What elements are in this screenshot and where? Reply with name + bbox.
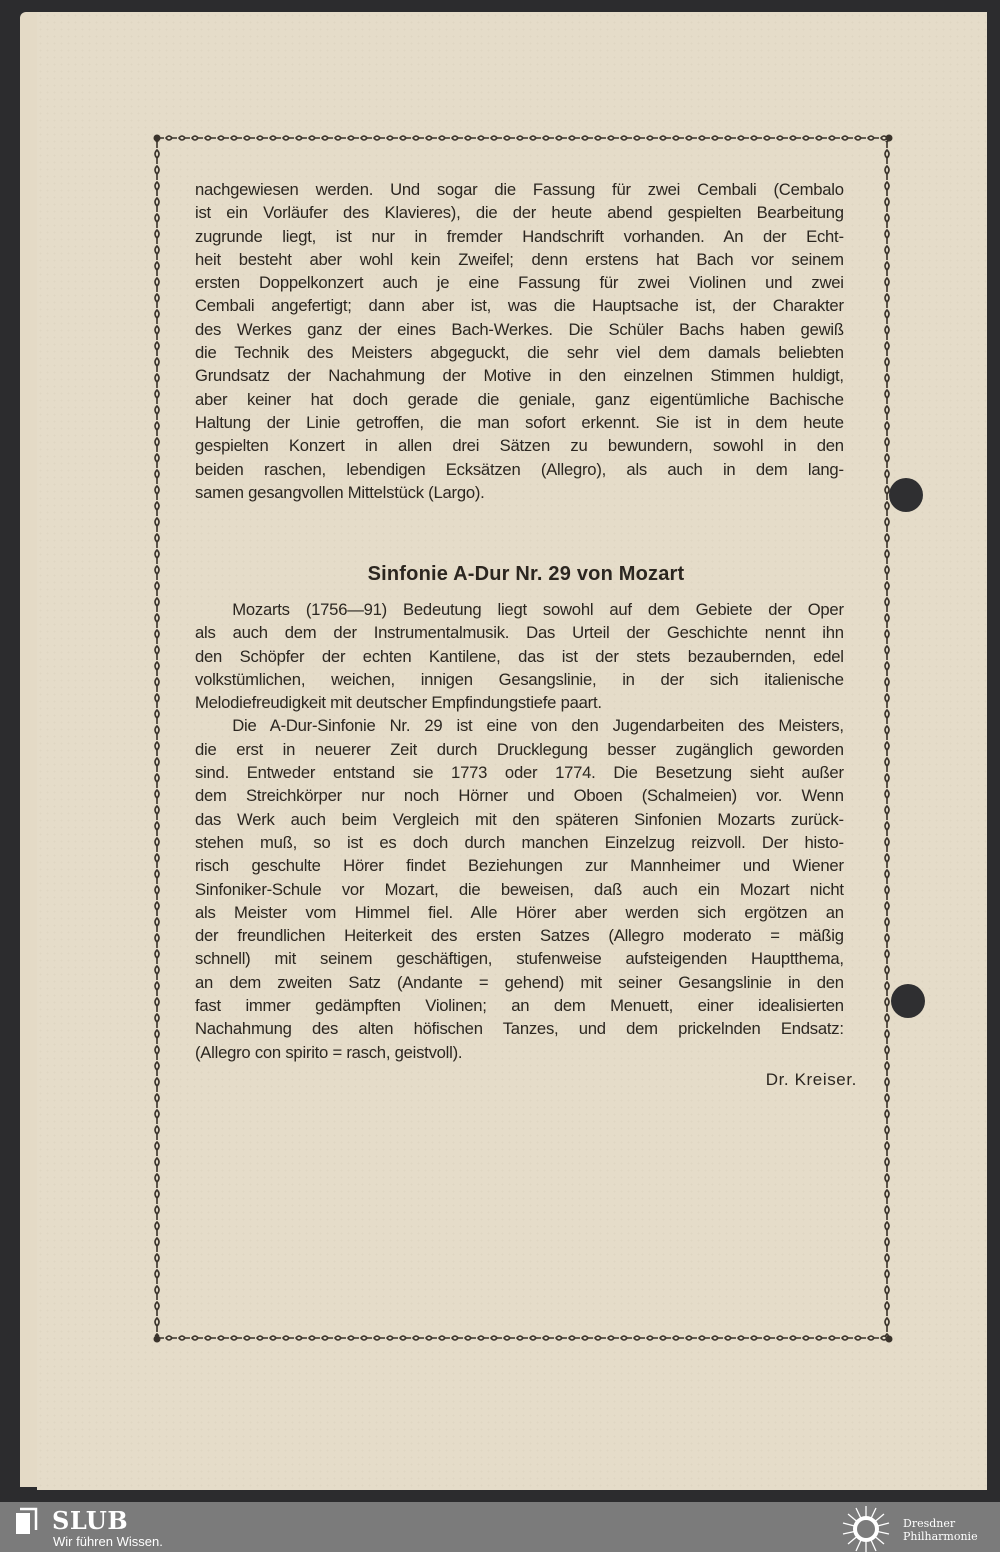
text-line: des Werkes ganz der eines Bach-Werkes. D…	[195, 318, 844, 341]
text-line: als auch dem der Instrumentalmusik. Das …	[195, 621, 844, 644]
text-line: ersten Doppelkonzert auch je eine Fassun…	[195, 271, 844, 294]
text-line: als Meister vom Himmel fiel. Alle Hörer …	[195, 901, 844, 924]
text-line: volkstümlichen, weichen, innigen Gesangs…	[195, 668, 844, 691]
text-line: das Werk auch beim Vergleich mit den spä…	[195, 808, 844, 831]
slub-book-icon	[14, 1507, 42, 1535]
text-line: risch geschulte Hörer findet Beziehungen…	[195, 854, 844, 877]
text-line: heit besteht aber wohl kein Zweifel; den…	[195, 248, 844, 271]
punch-hole-bottom	[891, 984, 925, 1018]
text-line: Mozarts (1756—91) Bedeutung liegt sowohl…	[195, 598, 844, 621]
slub-brand[interactable]: SLUB	[52, 1506, 128, 1535]
text-line: aber keiner hat doch gerade die geniale,…	[195, 388, 844, 411]
text-line: (Allegro con spirito = rasch, geistvoll)…	[195, 1041, 844, 1064]
text-line: Die A-Dur-Sinfonie Nr. 29 ist eine von d…	[195, 714, 844, 737]
text-line: ist ein Vorläufer des Klavieres), die de…	[195, 201, 844, 224]
text-line: Nachahmung des alten höfischen Tanzes, u…	[195, 1017, 844, 1040]
author-signature: Dr. Kreiser.	[640, 1070, 857, 1090]
slub-tagline: Wir führen Wissen.	[53, 1534, 163, 1549]
text-line: Haltung der Linie getroffen, die man sof…	[195, 411, 844, 434]
text-line: die Technik des Meisters abgeguckt, die …	[195, 341, 844, 364]
mozart-symphony-text: Mozarts (1756—91) Bedeutung liegt sowohl…	[195, 598, 844, 1064]
text-line: nachgewiesen werden. Und sogar die Fassu…	[195, 178, 844, 201]
text-line: Melodiefreudigkeit mit deutscher Empfind…	[195, 691, 844, 714]
dresdner-philharmonie-brand[interactable]: Dresdner Philharmonie	[903, 1517, 978, 1543]
text-line: an dem zweiten Satz (Andante = gehend) m…	[195, 971, 844, 994]
punch-hole-top	[889, 478, 923, 512]
text-line: fast immer gedämpften Violinen; an dem M…	[195, 994, 844, 1017]
text-line: dem Streichkörper nur noch Hörner und Ob…	[195, 784, 844, 807]
text-line: den Schöpfer der echten Kantilene, das i…	[195, 645, 844, 668]
text-line: zugrunde liegt, ist nur in fremder Hands…	[195, 225, 844, 248]
text-line: samen gesangvollen Mittelstück (Largo).	[195, 481, 844, 504]
dresdner-philharmonie-logo-icon	[840, 1504, 892, 1552]
text-line: Sinfoniker-Schule vor Mozart, die beweis…	[195, 878, 844, 901]
brand-line-2: Philharmonie	[903, 1530, 978, 1543]
text-line: schnell) mit seinem geschäftigen, stufen…	[195, 947, 844, 970]
text-line: sind. Entweder entstand sie 1773 oder 17…	[195, 761, 844, 784]
section-heading: Sinfonie A-Dur Nr. 29 von Mozart	[195, 563, 857, 586]
footer-bar: SLUB Wir führen Wissen. Dresdner Philhar…	[0, 1502, 1000, 1552]
text-line: der freundlichen Heiterkeit des ersten S…	[195, 924, 844, 947]
text-line: beiden raschen, lebendigen Ecksätzen (Al…	[195, 458, 844, 481]
bach-concerto-text: nachgewiesen werden. Und sogar die Fassu…	[195, 178, 844, 504]
text-line: stehen muß, so ist es doch durch manchen…	[195, 831, 844, 854]
brand-line-1: Dresdner	[903, 1517, 978, 1530]
text-line: die erst in neuerer Zeit durch Drucklegu…	[195, 738, 844, 761]
text-line: gespielten Konzert in allen drei Sätzen …	[195, 434, 844, 457]
text-line: Cembali angefertigt; dann aber ist, was …	[195, 294, 844, 317]
text-line: Grundsatz der Nachahmung der Motive in d…	[195, 364, 844, 387]
